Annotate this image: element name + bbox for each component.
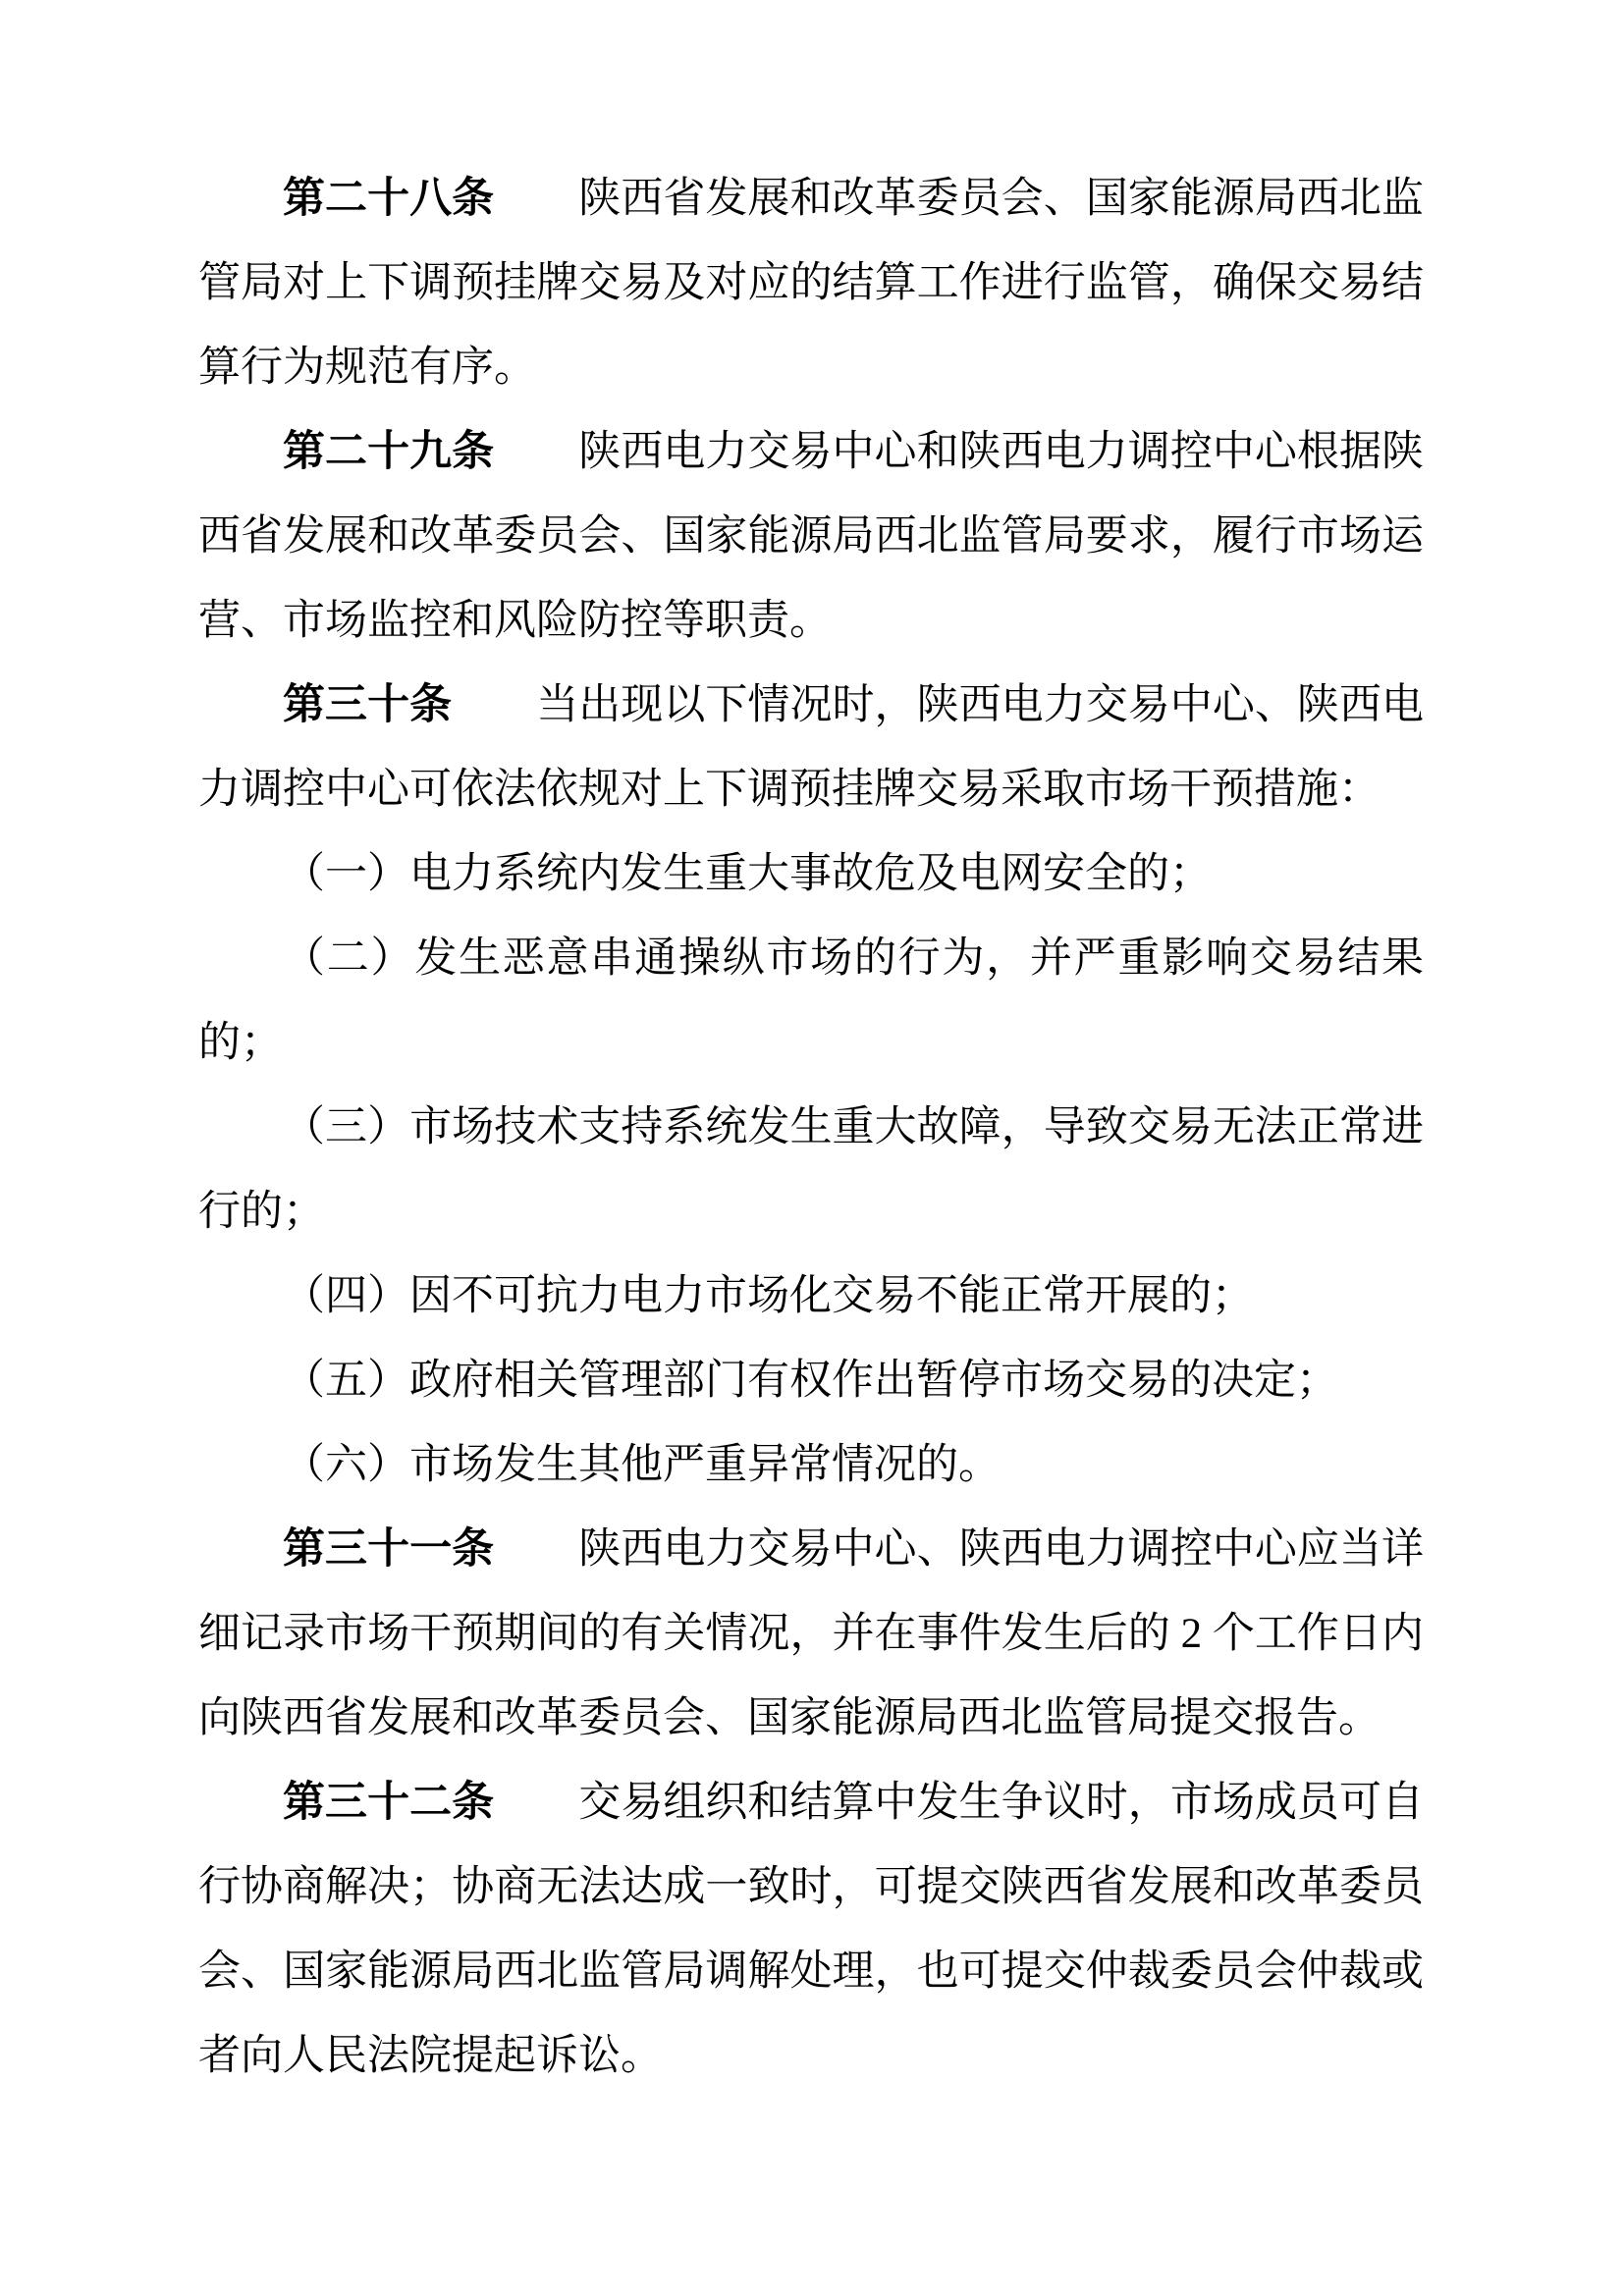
document-page: 第二十八条 陕西省发展和改革委员会、国家能源局西北监管局对上下调预挂牌交易及对应… <box>0 0 1624 2296</box>
paragraph-article-30-item-2: （二）发生恶意串通操纵市场的行为，并严重影响交易结果的； <box>198 917 1424 1086</box>
paragraph-article-29: 第二十九条 陕西电力交易中心和陕西电力调控中心根据陕西省发展和改革委员会、国家能… <box>198 410 1424 664</box>
paragraph-text: （五）政府相关管理部门有权作出暂停市场交易的决定； <box>283 1358 1338 1404</box>
paragraph-article-30-item-1: （一）电力系统内发生重大事故危及电网安全的； <box>198 832 1424 917</box>
term-separator <box>494 1780 578 1826</box>
paragraph-article-30-item-3: （三）市场技术支持系统发生重大故障，导致交易无法正常进行的； <box>198 1086 1424 1255</box>
paragraph-article-28: 第二十八条 陕西省发展和改革委员会、国家能源局西北监管局对上下调预挂牌交易及对应… <box>198 157 1424 410</box>
paragraph-text: （四）因不可抗力电力市场化交易不能正常开展的； <box>283 1273 1254 1319</box>
term-separator <box>494 429 578 475</box>
article-number: 第二十八条 <box>283 176 494 222</box>
article-number: 第三十二条 <box>283 1780 494 1826</box>
term-separator <box>494 176 578 222</box>
paragraph-article-30: 第三十条 当出现以下情况时，陕西电力交易中心、陕西电力调控中心可依法依规对上下调… <box>198 664 1424 832</box>
paragraph-text: （二）发生恶意串通操纵市场的行为，并严重影响交易结果的； <box>198 935 1424 1066</box>
paragraph-text: （六）市场发生其他严重异常情况的。 <box>283 1442 1001 1488</box>
article-number: 第二十九条 <box>283 429 494 475</box>
paragraph-article-31: 第三十一条 陕西电力交易中心、陕西电力调控中心应当详细记录市场干预期间的有关情况… <box>198 1508 1424 1761</box>
term-separator <box>452 682 536 728</box>
paragraph-text: （三）市场技术支持系统发生重大故障，导致交易无法正常进行的； <box>198 1104 1424 1235</box>
paragraph-article-30-item-4: （四）因不可抗力电力市场化交易不能正常开展的； <box>198 1255 1424 1339</box>
paragraph-article-32: 第三十二条 交易组织和结算中发生争议时，市场成员可自行协商解决；协商无法达成一致… <box>198 1761 1424 2099</box>
article-number: 第三十条 <box>283 682 452 728</box>
document-text-block: 第二十八条 陕西省发展和改革委员会、国家能源局西北监管局对上下调预挂牌交易及对应… <box>198 157 1424 2099</box>
paragraph-text: （一）电力系统内发生重大事故危及电网安全的； <box>283 851 1212 897</box>
article-number: 第三十一条 <box>283 1526 494 1573</box>
term-separator <box>494 1526 578 1573</box>
paragraph-article-30-item-6: （六）市场发生其他严重异常情况的。 <box>198 1423 1424 1508</box>
paragraph-article-30-item-5: （五）政府相关管理部门有权作出暂停市场交易的决定； <box>198 1339 1424 1423</box>
